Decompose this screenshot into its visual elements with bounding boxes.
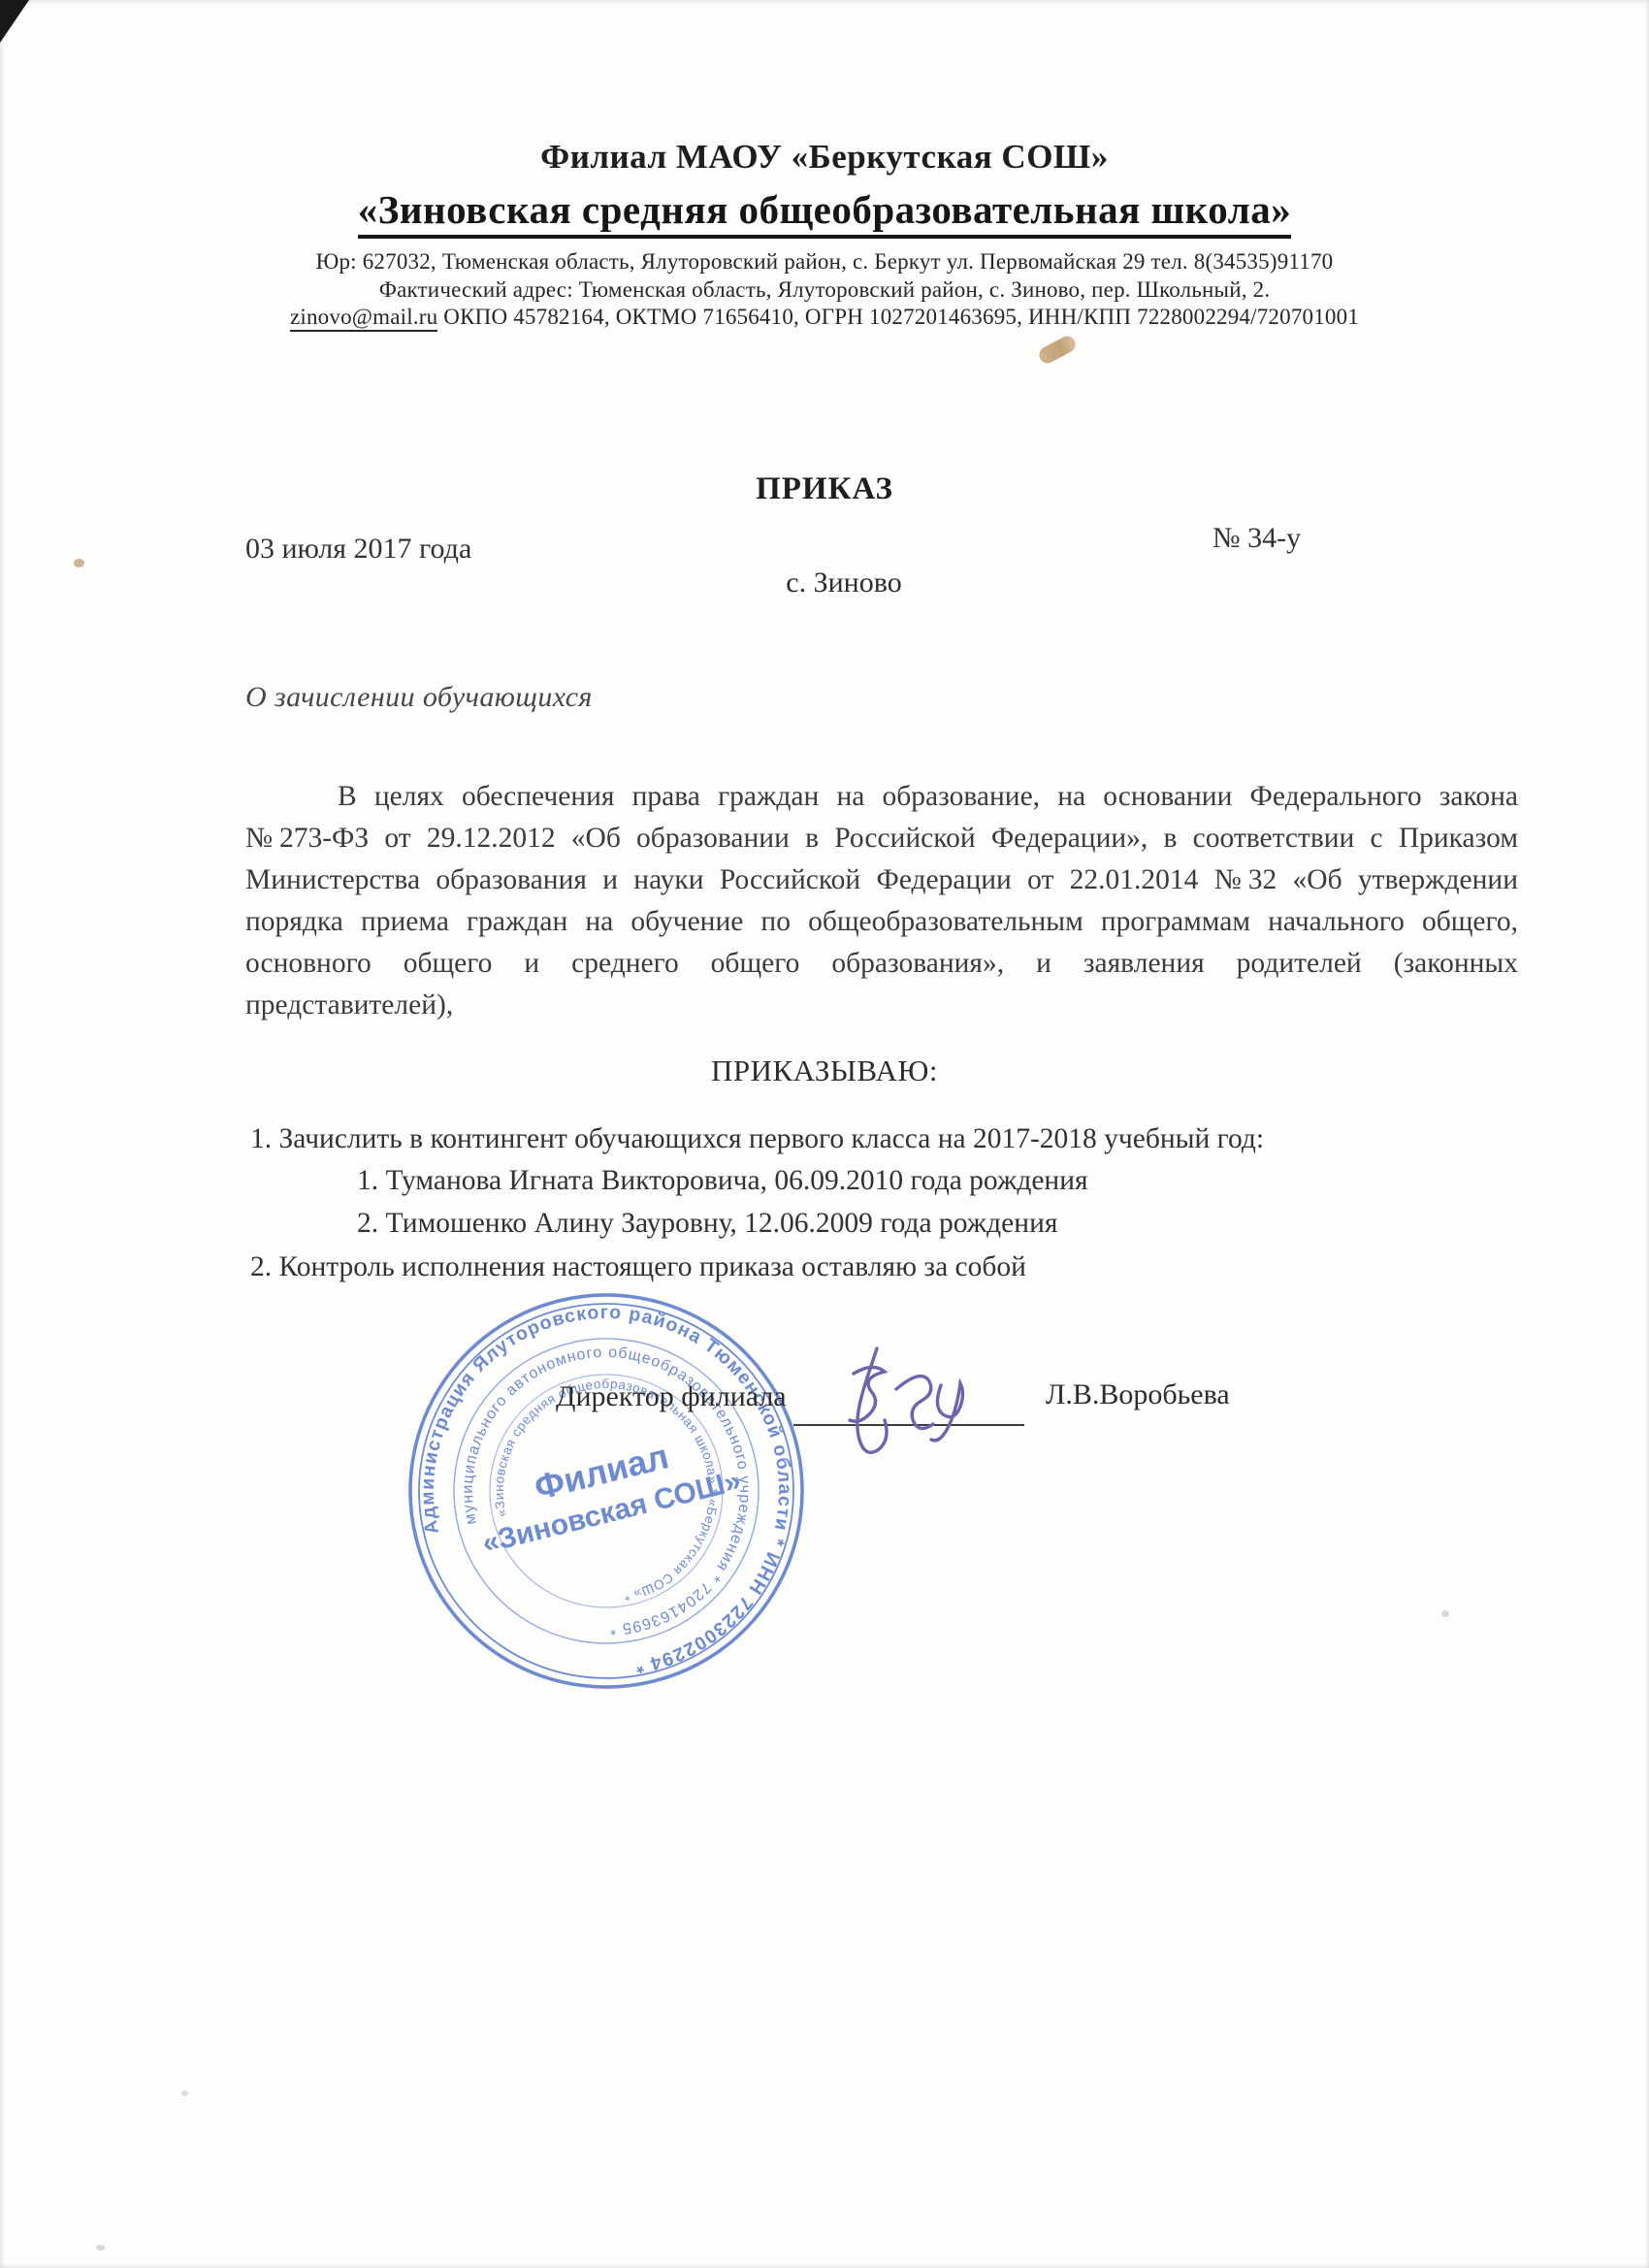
order-place: с. Зиново bbox=[0, 567, 1649, 599]
order-date: 03 июля 2017 года bbox=[245, 533, 471, 566]
handwritten-signature bbox=[803, 1339, 1036, 1484]
order-title: ПРИКАЗ bbox=[0, 471, 1649, 507]
scan-speck bbox=[96, 2245, 105, 2251]
order-item-1: 1. Зачислить в контингент обучающихся пе… bbox=[250, 1123, 1264, 1155]
order-number: № 34-у bbox=[1212, 522, 1301, 555]
email-link: zinovo@mail.ru bbox=[290, 305, 437, 332]
order-subject: О зачислении обучающихся bbox=[245, 681, 593, 714]
legal-address: Юр: 627032, Тюменская область, Ялуторовс… bbox=[0, 249, 1649, 275]
order-subitem-2: 2. Тимошенко Алину Зауровну, 12.06.2009 … bbox=[357, 1208, 1057, 1240]
scan-speck bbox=[74, 559, 84, 567]
signatory-name: Л.В.Воробьева bbox=[1046, 1378, 1230, 1411]
actual-address: Фактический адрес: Тюменская область, Ял… bbox=[0, 277, 1649, 303]
scan-speck bbox=[181, 2090, 188, 2096]
organization-name-text: «Зиновская средняя общеобразовательная ш… bbox=[358, 186, 1291, 239]
requisites-line: zinovo@mail.ru ОКПО 45782164, ОКТМО 7165… bbox=[0, 305, 1649, 330]
organization-parent-name: Филиал МАОУ «Беркутская СОШ» bbox=[0, 138, 1649, 177]
svg-text:Администрация Ялуторовского ра: Администрация Ялуторовского района Тюмен… bbox=[383, 1268, 829, 1714]
requisites-text: ОКПО 45782164, ОКТМО 71656410, ОГРН 1027… bbox=[437, 305, 1359, 329]
signatory-position: Директор филиала bbox=[556, 1380, 787, 1413]
scan-corner-artifact bbox=[0, 0, 29, 43]
organization-name: «Зиновская средняя общеобразовательная ш… bbox=[0, 186, 1649, 239]
scanned-order-document: Филиал МАОУ «Беркутская СОШ» «Зиновская … bbox=[0, 0, 1649, 2268]
scan-speck bbox=[1441, 1610, 1449, 1617]
resolution-word: ПРИКАЗЫВАЮ: bbox=[0, 1053, 1649, 1088]
round-seal-stamp: Администрация Ялуторовского района Тюмен… bbox=[383, 1268, 829, 1714]
scan-smudge bbox=[1036, 334, 1078, 367]
order-body-paragraph: В целях обеспечения права граждан на обр… bbox=[245, 776, 1518, 1026]
order-subitem-1: 1. Туманова Игната Викторовича, 06.09.20… bbox=[357, 1165, 1088, 1197]
stamp-outer-ring-text: Администрация Ялуторовского района Тюмен… bbox=[383, 1268, 829, 1714]
